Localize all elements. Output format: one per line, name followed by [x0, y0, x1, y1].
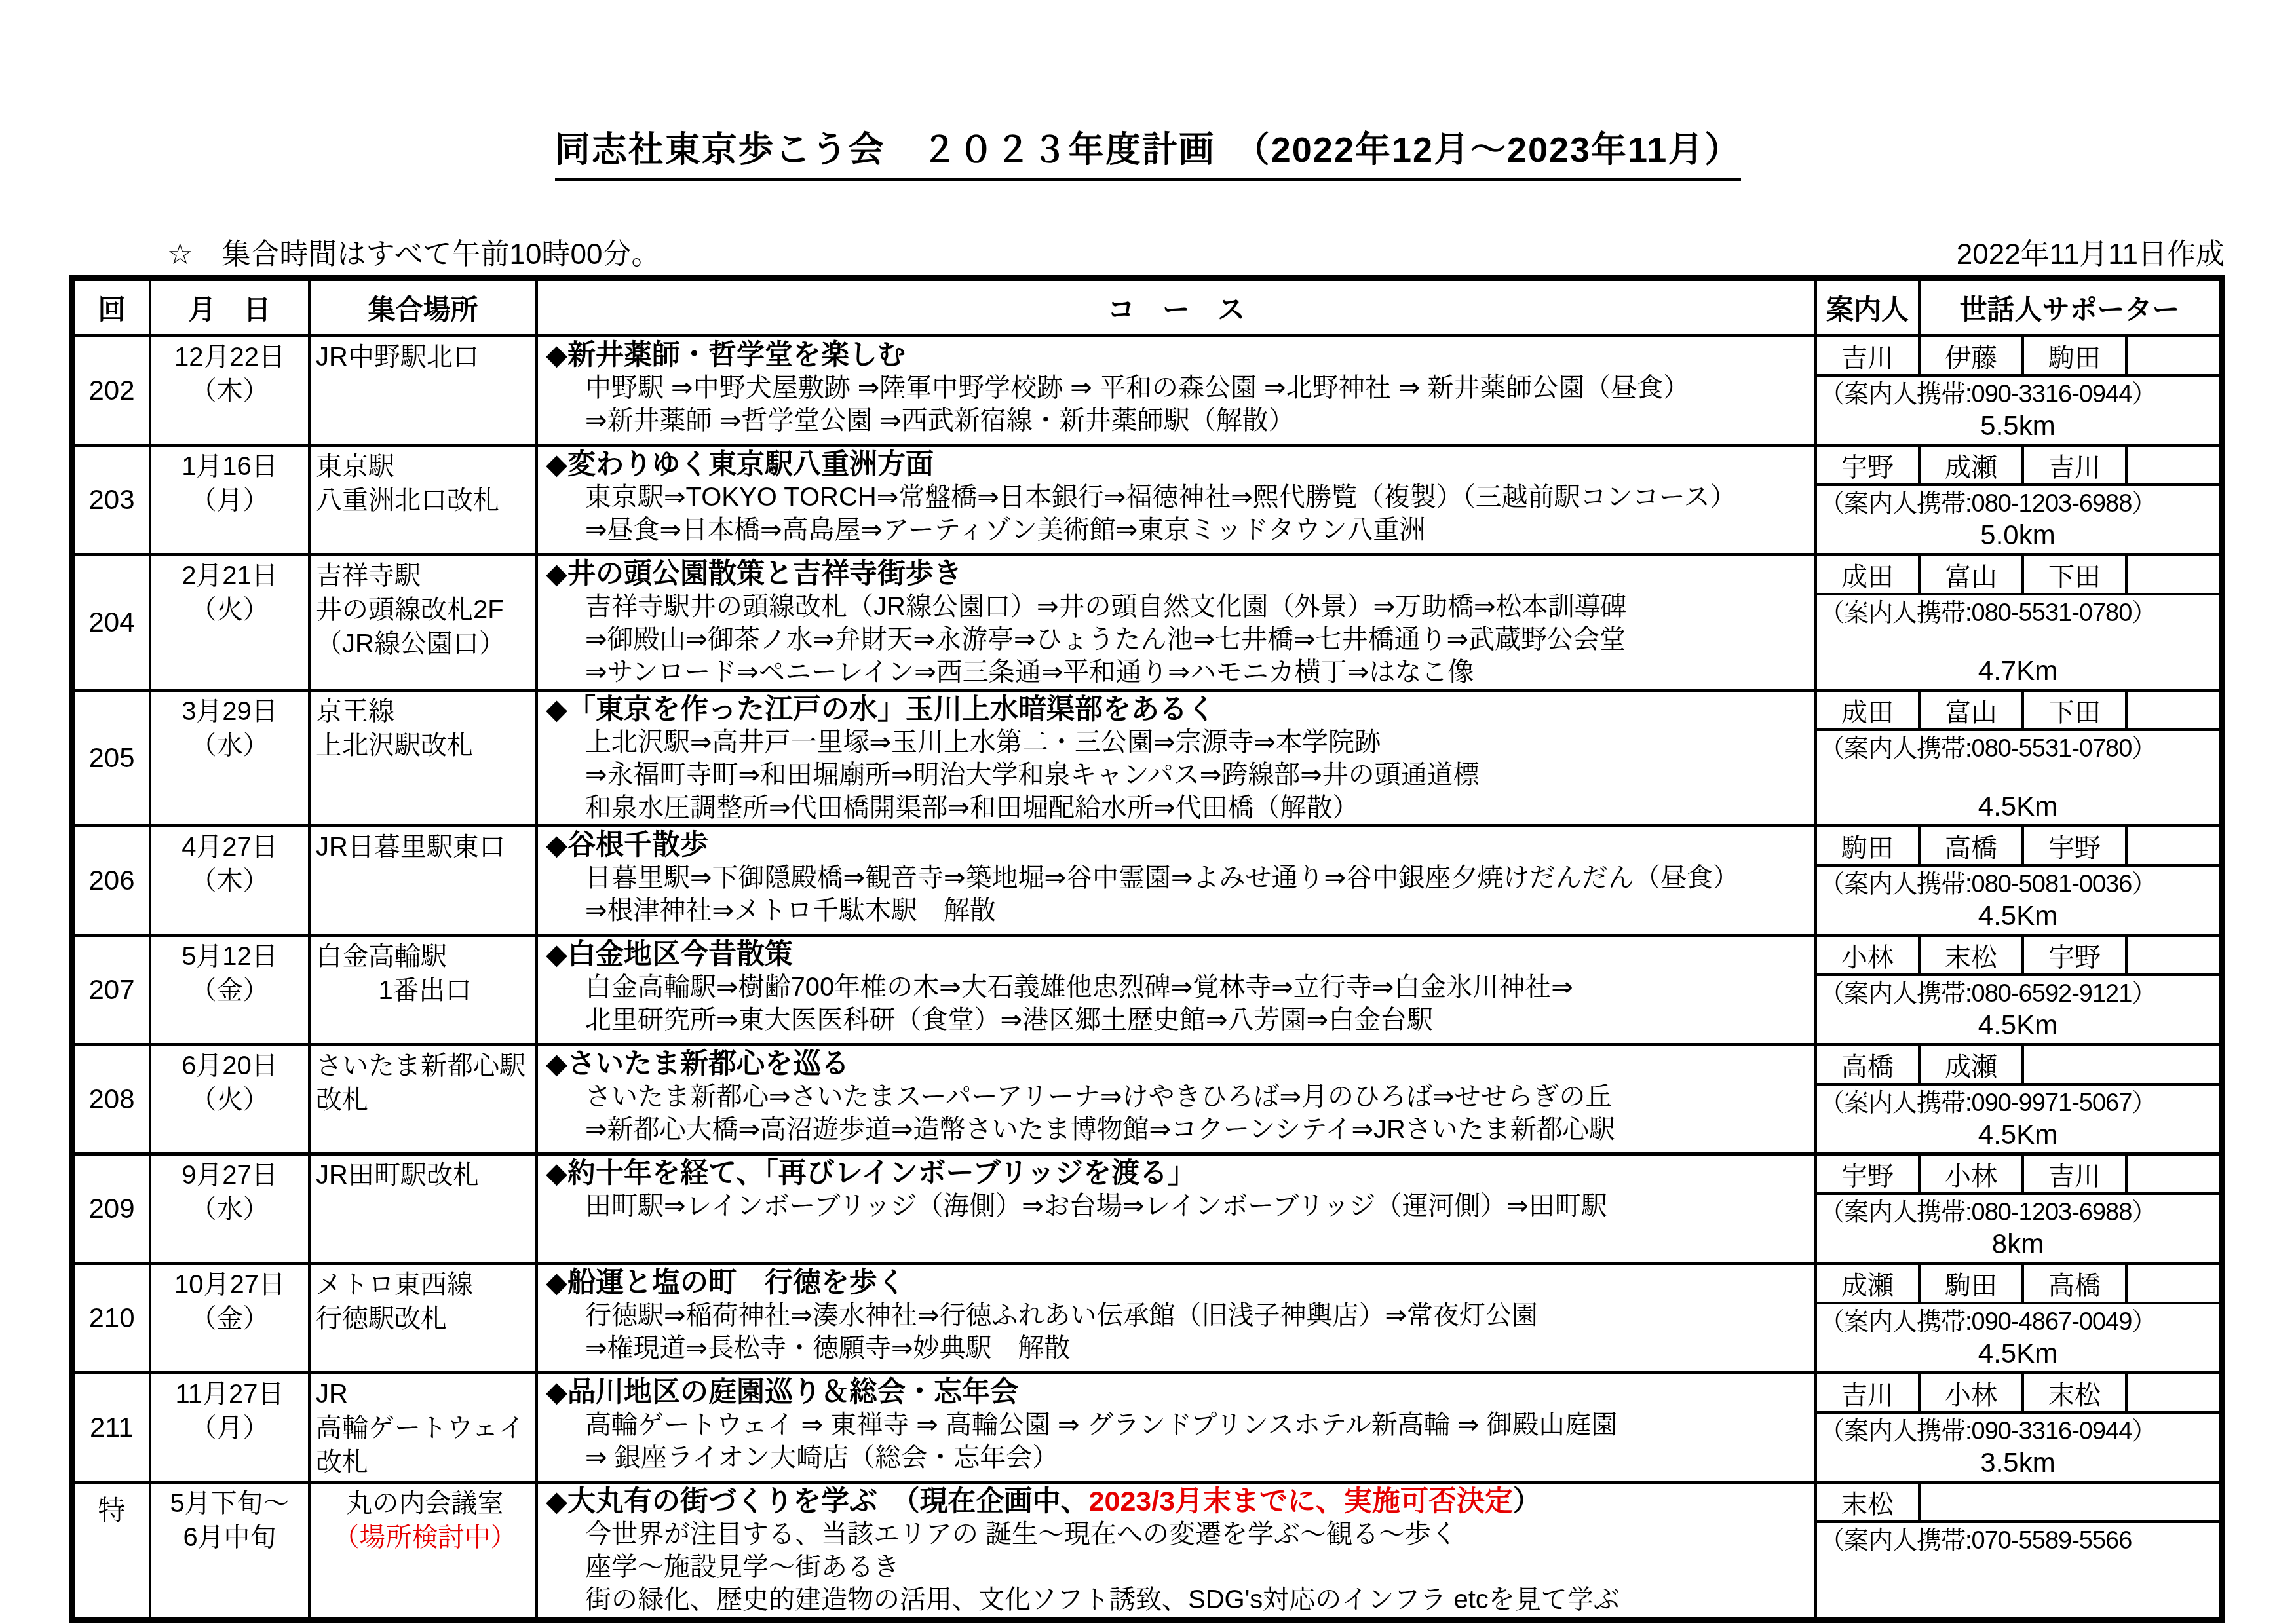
- course-step-line: 吉祥寺駅井の頭線改札（JR線公園口）⇒井の頭自然文化園（外景）⇒万助橋⇒松本訓導…: [546, 590, 1810, 623]
- course-title-segment: ◆井の頭公園散策と吉祥寺街歩き: [546, 558, 962, 590]
- staff-name-blank: [2128, 827, 2219, 864]
- date-line: （火）: [151, 593, 308, 627]
- round-label: 202: [88, 375, 134, 406]
- course-step-line: ⇒ 銀座ライオン大崎店（総会・忘年会）: [546, 1441, 1810, 1474]
- staff-names-row: 高橋成瀬: [1817, 1046, 2219, 1086]
- course-step-line: ⇒新都心大橋⇒高沼遊歩道⇒造幣さいたま博物館⇒コクーンシテイ⇒JRさいたま新都心…: [546, 1113, 1810, 1146]
- date-line: （火）: [151, 1083, 308, 1117]
- place-cell: さいたま新都心駅改札: [311, 1046, 538, 1152]
- course-step-line: ⇒権現道⇒長松寺・徳願寺⇒妙典駅 解散: [546, 1332, 1810, 1365]
- place-cell: 京王線上北沢駅改札: [311, 692, 538, 824]
- table-row: 21111月27日（月）JR高輪ゲートウェイ改札◆品川地区の庭園巡り＆総会・忘年…: [75, 1374, 2219, 1484]
- staff-name: 駒田: [2024, 337, 2128, 374]
- date-line: 6月20日: [151, 1049, 308, 1083]
- staff-name: 末松: [1921, 937, 2024, 973]
- course-step-line: 中野駅 ⇒中野犬屋敷跡 ⇒陸軍中野学校跡 ⇒ 平和の森公園 ⇒北野神社 ⇒ 新井…: [546, 371, 1810, 404]
- place-cell: 吉祥寺駅井の頭線改札2F（JR線公園口）: [311, 556, 538, 689]
- round-cell: 204: [75, 556, 151, 689]
- guide-phone: （案内人携帯:090-3316-0944）: [1817, 1414, 2219, 1448]
- table-body: 20212月22日（木）JR中野駅北口◆新井薬師・哲学堂を楽しむ中野駅 ⇒中野犬…: [75, 337, 2219, 1617]
- staff-cell: 成瀬駒田高橋（案内人携帯:090-4867-0049）4.5Km: [1817, 1265, 2219, 1371]
- date-line: （月）: [151, 483, 308, 518]
- staff-cell: 吉川小林末松（案内人携帯:090-3316-0944）3.5km: [1817, 1374, 2219, 1481]
- course-title-segment: ◆品川地区の庭園巡り＆総会・忘年会: [546, 1376, 1018, 1408]
- place-line: 井の頭線改札2F: [316, 593, 534, 627]
- guide-phone: （案内人携帯:090-9971-5067）: [1817, 1086, 2219, 1120]
- date-cell: 10月27日（金）: [151, 1265, 311, 1371]
- staff-name: 高橋: [2024, 1265, 2128, 1302]
- table-header-row: 回 月 日 集合場所 コ ー ス 案内人 世話人サポーター: [75, 281, 2219, 337]
- header-supporter: 世話人サポーター: [1921, 281, 2219, 334]
- course-title: ◆新井薬師・哲学堂を楽しむ: [546, 339, 1810, 371]
- date-line: （月）: [151, 1411, 308, 1445]
- staff-name: 宇野: [2024, 937, 2128, 973]
- date-cell: 12月22日（木）: [151, 337, 311, 444]
- round-cell: 207: [75, 937, 151, 1043]
- header-place: 集合場所: [311, 281, 538, 334]
- course-step-line: ⇒サンロード⇒ペニーレイン⇒西三条通⇒平和通り⇒ハモニカ横丁⇒はなこ像: [546, 656, 1810, 689]
- header-guide: 案内人: [1817, 281, 1921, 334]
- round-cell: 211: [75, 1374, 151, 1481]
- date-cell: 5月下旬～6月中旬: [151, 1484, 311, 1617]
- table-row: 2053月29日（水）京王線上北沢駅改札◆「東京を作った江戸の水」玉川上水暗渠部…: [75, 692, 2219, 827]
- staff-name: 高橋: [1817, 1046, 1921, 1083]
- course-cell: ◆大丸有の街づくりを学ぶ （現在企画中、2023/3月末までに、実施可否決定）今…: [538, 1484, 1817, 1617]
- staff-name: 宇野: [2024, 827, 2128, 864]
- staff-name: 吉川: [1817, 1374, 1921, 1411]
- place-line: 上北沢駅改札: [316, 728, 534, 763]
- schedule-table: 回 月 日 集合場所 コ ー ス 案内人 世話人サポーター 20212月22日（…: [69, 275, 2225, 1623]
- place-cell: JR中野駅北口: [311, 337, 538, 444]
- staff-cell: 宇野小林吉川（案内人携帯:080-1203-6988）8km: [1817, 1156, 2219, 1262]
- header-date: 月 日: [151, 281, 311, 334]
- round-cell: 210: [75, 1265, 151, 1371]
- place-line: 高輪ゲートウェイ: [316, 1411, 534, 1445]
- date-cell: 2月21日（火）: [151, 556, 311, 689]
- round-cell: 206: [75, 827, 151, 934]
- staff-name: 駒田: [1817, 827, 1921, 864]
- staff-name: 小林: [1921, 1374, 2024, 1411]
- place-line: 吉祥寺駅: [316, 559, 534, 593]
- course-title: ◆変わりゆく東京駅八重洲方面: [546, 448, 1810, 481]
- date-line: （木）: [151, 374, 308, 408]
- round-cell: 209: [75, 1156, 151, 1262]
- staff-name-blank: [2128, 1374, 2219, 1411]
- course-title-segment: ◆変わりゆく東京駅八重洲方面: [546, 449, 934, 480]
- staff-name: 成瀬: [1921, 1046, 2024, 1083]
- round-label: 204: [88, 607, 134, 638]
- round-label: 209: [88, 1193, 134, 1224]
- course-title: ◆船運と塩の町 行徳を歩く: [546, 1266, 1810, 1299]
- staff-name: 吉川: [1817, 337, 1921, 374]
- date-line: （金）: [151, 973, 308, 1008]
- staff-name: 駒田: [1921, 1265, 2024, 1302]
- place-line: 1番出口: [316, 973, 534, 1008]
- meta-row: ☆ 集合時間はすべて午前10時00分。 2022年11月11日作成: [69, 231, 2225, 273]
- date-line: （木）: [151, 864, 308, 898]
- staff-cell: 成田富山下田（案内人携帯:080-5531-0780）4.5Km: [1817, 692, 2219, 824]
- place-line: JR中野駅北口: [316, 340, 534, 374]
- staff-name-blank: [2128, 937, 2219, 973]
- place-line: JR: [316, 1377, 534, 1411]
- course-title-segment: ◆船運と塩の町 行徳を歩く: [546, 1267, 906, 1298]
- page-title: 同志社東京歩こう会 ２０２３年度計画 （2022年12月～2023年11月）: [0, 122, 2296, 181]
- staff-name: 伊藤: [1921, 337, 2024, 374]
- date-line: 2月21日: [151, 559, 308, 593]
- staff-names-row: 宇野小林吉川: [1817, 1156, 2219, 1195]
- walk-distance: 4.5Km: [1817, 1338, 2219, 1371]
- place-line: さいたま新都心駅: [316, 1049, 534, 1083]
- course-title: ◆さいたま新都心を巡る: [546, 1048, 1810, 1080]
- meeting-time-note: ☆ 集合時間はすべて午前10時00分。: [167, 231, 660, 273]
- course-cell: ◆「東京を作った江戸の水」玉川上水暗渠部をあるく上北沢駅⇒高井戸一里塚⇒玉川上水…: [538, 692, 1817, 824]
- course-step-line: 和泉水圧調整所⇒代田橋開渠部⇒和田堀配給水所⇒代田橋（解散）: [546, 791, 1810, 824]
- guide-phone: （案内人携帯:080-5531-0780）: [1817, 595, 2219, 630]
- date-line: 4月27日: [151, 830, 308, 864]
- staff-names-row: 成瀬駒田高橋: [1817, 1265, 2219, 1304]
- date-line: （水）: [151, 728, 308, 763]
- round-cell: 208: [75, 1046, 151, 1152]
- table-row: 特5月下旬～6月中旬丸の内会議室（場所検討中）◆大丸有の街づくりを学ぶ （現在企…: [75, 1484, 2219, 1617]
- date-line: （金）: [151, 1302, 308, 1336]
- walk-distance: 5.0km: [1817, 520, 2219, 553]
- round-label: 210: [88, 1302, 134, 1334]
- date-line: 10月27日: [151, 1268, 308, 1302]
- staff-cell: 吉川伊藤駒田（案内人携帯:090-3316-0944）5.5km: [1817, 337, 2219, 444]
- place-cell: 白金高輪駅1番出口: [311, 937, 538, 1043]
- header-round: 回: [75, 281, 151, 334]
- course-cell: ◆船運と塩の町 行徳を歩く行徳駅⇒稲荷神社⇒湊水神社⇒行徳ふれあい伝承館（旧浅子…: [538, 1265, 1817, 1371]
- table-row: 2086月20日（火）さいたま新都心駅改札◆さいたま新都心を巡るさいたま新都心⇒…: [75, 1046, 2219, 1156]
- course-step-line: 行徳駅⇒稲荷神社⇒湊水神社⇒行徳ふれあい伝承館（旧浅子神輿店）⇒常夜灯公園: [546, 1299, 1810, 1332]
- place-line: JR田町駅改札: [316, 1158, 534, 1192]
- staff-name-blank: [2128, 337, 2219, 374]
- place-cell: メトロ東西線行徳駅改札: [311, 1265, 538, 1371]
- course-cell: ◆品川地区の庭園巡り＆総会・忘年会高輪ゲートウェイ ⇒ 東禅寺 ⇒ 高輪公園 ⇒…: [538, 1374, 1817, 1481]
- course-title: ◆約十年を経て、「再びレインボーブリッジを渡る」: [546, 1157, 1810, 1190]
- course-title: ◆大丸有の街づくりを学ぶ （現在企画中、2023/3月末までに、実施可否決定）: [546, 1485, 1810, 1518]
- staff-name-blank: [2128, 1265, 2219, 1302]
- round-label: 211: [90, 1412, 134, 1443]
- round-cell: 特: [75, 1484, 151, 1617]
- staff-name: 下田: [2024, 692, 2128, 728]
- staff-name-blank: [1921, 1484, 2219, 1520]
- date-line: 6月中旬: [151, 1520, 308, 1555]
- staff-names-row: 成田富山下田: [1817, 556, 2219, 595]
- staff-names-row: 駒田高橋宇野: [1817, 827, 2219, 867]
- round-cell: 205: [75, 692, 151, 824]
- guide-phone: （案内人携帯:080-1203-6988）: [1817, 486, 2219, 520]
- table-row: 2099月27日（水）JR田町駅改札◆約十年を経て、「再びレインボーブリッジを渡…: [75, 1156, 2219, 1265]
- staff-cell: 高橋成瀬（案内人携帯:090-9971-5067）4.5Km: [1817, 1046, 2219, 1152]
- place-line: 八重洲北口改札: [316, 483, 534, 518]
- round-label: 207: [88, 974, 134, 1006]
- place-cell: JR日暮里駅東口: [311, 827, 538, 934]
- staff-name: 小林: [1921, 1156, 2024, 1192]
- course-step-line: 高輪ゲートウェイ ⇒ 東禅寺 ⇒ 高輪公園 ⇒ グランドプリンスホテル新高輪 ⇒…: [546, 1408, 1810, 1441]
- course-cell: ◆井の頭公園散策と吉祥寺街歩き吉祥寺駅井の頭線改札（JR線公園口）⇒井の頭自然文…: [538, 556, 1817, 689]
- staff-name: 成田: [1817, 692, 1921, 728]
- place-line: 改札: [316, 1083, 534, 1117]
- place-line: メトロ東西線: [316, 1268, 534, 1302]
- course-step-line: 田町駅⇒レインボーブリッジ（海側）⇒お台場⇒レインボーブリッジ（運河側）⇒田町駅: [546, 1190, 1810, 1222]
- course-title-segment: ◆白金地区今昔散策: [546, 939, 793, 970]
- course-step-line: 日暮里駅⇒下御隠殿橋⇒観音寺⇒築地堀⇒谷中霊園⇒よみせ通り⇒谷中銀座夕焼けだんだ…: [546, 861, 1810, 894]
- place-line: （場所検討中）: [316, 1520, 534, 1555]
- course-step-line: ⇒昼食⇒日本橋⇒高島屋⇒アーティゾン美術館⇒東京ミッドタウン八重洲: [546, 514, 1810, 546]
- course-step-line: ⇒根津神社⇒メトロ千駄木駅 解散: [546, 894, 1810, 927]
- course-title-segment: ◆さいたま新都心を巡る: [546, 1048, 849, 1080]
- course-cell: ◆谷根千散歩日暮里駅⇒下御隠殿橋⇒観音寺⇒築地堀⇒谷中霊園⇒よみせ通り⇒谷中銀座…: [538, 827, 1817, 934]
- staff-name: 末松: [1817, 1484, 1921, 1520]
- place-line: 改札: [316, 1445, 534, 1479]
- walk-distance: 5.5km: [1817, 411, 2219, 444]
- course-cell: ◆新井薬師・哲学堂を楽しむ中野駅 ⇒中野犬屋敷跡 ⇒陸軍中野学校跡 ⇒ 平和の森…: [538, 337, 1817, 444]
- staff-name: 小林: [1817, 937, 1921, 973]
- header-course: コ ー ス: [538, 281, 1817, 334]
- place-line: 行徳駅改札: [316, 1302, 534, 1336]
- place-cell: 東京駅八重洲北口改札: [311, 447, 538, 553]
- round-label: 特: [98, 1489, 125, 1528]
- guide-phone: （案内人携帯:080-5081-0036）: [1817, 867, 2219, 901]
- course-step-line: 街の緑化、歴史的建造物の活用、文化ソフト誘致、SDG's対応のインフラ etcを…: [546, 1583, 1810, 1616]
- date-line: 9月27日: [151, 1158, 308, 1192]
- date-line: 3月29日: [151, 694, 308, 728]
- round-cell: 203: [75, 447, 151, 553]
- walk-distance: [1817, 1557, 2219, 1617]
- staff-cell: 駒田高橋宇野（案内人携帯:080-5081-0036）4.5Km: [1817, 827, 2219, 934]
- course-title-segment: ◆新井薬師・哲学堂を楽しむ: [546, 339, 906, 371]
- table-row: 20212月22日（木）JR中野駅北口◆新井薬師・哲学堂を楽しむ中野駅 ⇒中野犬…: [75, 337, 2219, 447]
- table-row: 2042月21日（火）吉祥寺駅井の頭線改札2F（JR線公園口）◆井の頭公園散策と…: [75, 556, 2219, 692]
- staff-name: 高橋: [1921, 827, 2024, 864]
- course-title-segment: ）: [1513, 1486, 1541, 1517]
- course-title: ◆「東京を作った江戸の水」玉川上水暗渠部をあるく: [546, 693, 1810, 726]
- place-line: （JR線公園口）: [316, 627, 534, 661]
- guide-phone: （案内人携帯:090-4867-0049）: [1817, 1304, 2219, 1338]
- staff-names-row: 成田富山下田: [1817, 692, 2219, 731]
- course-step-line: 東京駅⇒TOKYO TORCH⇒常盤橋⇒日本銀行⇒福徳神社⇒熙代勝覧（複製）（三…: [546, 481, 1810, 514]
- staff-names-row: 小林末松宇野: [1817, 937, 2219, 976]
- date-line: 5月下旬～: [151, 1486, 308, 1520]
- course-step-line: ⇒新井薬師 ⇒哲学堂公園 ⇒西武新宿線・新井薬師駅（解散）: [546, 404, 1810, 437]
- course-step-line: さいたま新都心⇒さいたまスーパーアリーナ⇒けやきひろば⇒月のひろば⇒せせらぎの丘: [546, 1080, 1810, 1113]
- walk-distance: 4.5Km: [1817, 1010, 2219, 1043]
- date-line: 12月22日: [151, 340, 308, 374]
- created-date: 2022年11月11日作成: [1957, 231, 2225, 273]
- staff-cell: 末松（案内人携帯:070-5589-5566: [1817, 1484, 2219, 1617]
- date-cell: 9月27日（水）: [151, 1156, 311, 1262]
- place-line: 白金高輪駅: [316, 939, 534, 973]
- round-label: 205: [88, 742, 134, 774]
- walk-distance: 8km: [1817, 1229, 2219, 1262]
- course-title: ◆谷根千散歩: [546, 829, 1810, 861]
- table-row: 21010月27日（金）メトロ東西線行徳駅改札◆船運と塩の町 行徳を歩く行徳駅⇒…: [75, 1265, 2219, 1374]
- staff-name: 成田: [1817, 556, 1921, 593]
- staff-name-blank: [2128, 556, 2219, 593]
- course-step-line: 白金高輪駅⇒樹齢700年椎の木⇒大石義雄他忠烈碑⇒覚林寺⇒立行寺⇒白金氷川神社⇒: [546, 971, 1810, 1004]
- walk-distance: 4.5Km: [1817, 1120, 2219, 1152]
- guide-phone: （案内人携帯:080-6592-9121）: [1817, 976, 2219, 1010]
- table-row: 2031月16日（月）東京駅八重洲北口改札◆変わりゆく東京駅八重洲方面東京駅⇒T…: [75, 447, 2219, 556]
- walk-distance: 4.5Km: [1817, 765, 2219, 824]
- course-cell: ◆白金地区今昔散策白金高輪駅⇒樹齢700年椎の木⇒大石義雄他忠烈碑⇒覚林寺⇒立行…: [538, 937, 1817, 1043]
- round-label: 206: [88, 865, 134, 896]
- course-step-line: ⇒御殿山⇒御茶ノ水⇒弁財天⇒永游亭⇒ひょうたん池⇒七井橋⇒七井橋通り⇒武蔵野公会…: [546, 623, 1810, 656]
- course-title: ◆品川地区の庭園巡り＆総会・忘年会: [546, 1376, 1810, 1408]
- staff-name: 富山: [1921, 692, 2024, 728]
- staff-name-blank: [2024, 1046, 2219, 1083]
- staff-cell: 小林末松宇野（案内人携帯:080-6592-9121）4.5Km: [1817, 937, 2219, 1043]
- date-cell: 6月20日（火）: [151, 1046, 311, 1152]
- staff-names-row: 吉川小林末松: [1817, 1374, 2219, 1414]
- staff-name: 成瀬: [1817, 1265, 1921, 1302]
- table-row: 2075月12日（金）白金高輪駅1番出口◆白金地区今昔散策白金高輪駅⇒樹齢700…: [75, 937, 2219, 1046]
- place-line: 丸の内会議室: [316, 1486, 534, 1520]
- staff-name: 宇野: [1817, 447, 1921, 483]
- walk-distance: 4.5Km: [1817, 901, 2219, 934]
- place-cell: 丸の内会議室（場所検討中）: [311, 1484, 538, 1617]
- staff-cell: 成田富山下田（案内人携帯:080-5531-0780）4.7Km: [1817, 556, 2219, 689]
- staff-name: 吉川: [2024, 447, 2128, 483]
- course-title-segment: ◆大丸有の街づくりを学ぶ （現在企画中、: [546, 1486, 1089, 1517]
- guide-phone: （案内人携帯:070-5589-5566: [1817, 1523, 2219, 1557]
- course-cell: ◆さいたま新都心を巡るさいたま新都心⇒さいたまスーパーアリーナ⇒けやきひろば⇒月…: [538, 1046, 1817, 1152]
- place-cell: JR高輪ゲートウェイ改札: [311, 1374, 538, 1481]
- staff-name: 下田: [2024, 556, 2128, 593]
- course-title: ◆白金地区今昔散策: [546, 938, 1810, 971]
- date-cell: 5月12日（金）: [151, 937, 311, 1043]
- course-title-red-segment: 2023/3月末までに、実施可否決定: [1089, 1486, 1514, 1517]
- guide-phone: （案内人携帯:090-3316-0944）: [1817, 377, 2219, 411]
- round-cell: 202: [75, 337, 151, 444]
- staff-name-blank: [2128, 1156, 2219, 1192]
- place-line: 京王線: [316, 694, 534, 728]
- date-line: （水）: [151, 1192, 308, 1226]
- date-cell: 11月27日（月）: [151, 1374, 311, 1481]
- staff-name: 成瀬: [1921, 447, 2024, 483]
- staff-names-row: 吉川伊藤駒田: [1817, 337, 2219, 377]
- place-line: JR日暮里駅東口: [316, 830, 534, 864]
- course-step-line: 上北沢駅⇒高井戸一里塚⇒玉川上水第二・三公園⇒宗源寺⇒本学院跡: [546, 726, 1810, 759]
- staff-name-blank: [2128, 447, 2219, 483]
- guide-phone: （案内人携帯:080-5531-0780）: [1817, 731, 2219, 765]
- course-step-line: 北里研究所⇒東大医医科研（食堂）⇒港区郷土歴史館⇒八芳園⇒白金台駅: [546, 1004, 1810, 1036]
- walk-distance: 4.7Km: [1817, 630, 2219, 689]
- date-cell: 4月27日（木）: [151, 827, 311, 934]
- course-step-line: ⇒永福町寺町⇒和田堀廟所⇒明治大学和泉キャンパス⇒跨線部⇒井の頭通道標: [546, 759, 1810, 791]
- staff-cell: 宇野成瀬吉川（案内人携帯:080-1203-6988）5.0km: [1817, 447, 2219, 553]
- staff-name: 富山: [1921, 556, 2024, 593]
- walk-distance: 3.5km: [1817, 1448, 2219, 1481]
- guide-phone: （案内人携帯:080-1203-6988）: [1817, 1195, 2219, 1229]
- round-label: 208: [88, 1084, 134, 1115]
- staff-names-row: 宇野成瀬吉川: [1817, 447, 2219, 486]
- course-cell: ◆変わりゆく東京駅八重洲方面東京駅⇒TOKYO TORCH⇒常盤橋⇒日本銀行⇒福…: [538, 447, 1817, 553]
- course-step-line: 座学～施設見学～街あるき: [546, 1551, 1810, 1583]
- course-title-segment: ◆「東京を作った江戸の水」玉川上水暗渠部をあるく: [546, 694, 1215, 725]
- course-title-segment: ◆約十年を経て、「再びレインボーブリッジを渡る」: [546, 1158, 1196, 1189]
- page-title-text: 同志社東京歩こう会 ２０２３年度計画 （2022年12月～2023年11月）: [555, 122, 1741, 181]
- round-label: 203: [88, 484, 134, 516]
- document-page: 同志社東京歩こう会 ２０２３年度計画 （2022年12月～2023年11月） ☆…: [0, 0, 2296, 1624]
- staff-name: 吉川: [2024, 1156, 2128, 1192]
- date-line: 11月27日: [151, 1377, 308, 1411]
- course-cell: ◆約十年を経て、「再びレインボーブリッジを渡る」田町駅⇒レインボーブリッジ（海側…: [538, 1156, 1817, 1262]
- course-step-line: 今世界が注目する、当該エリアの 誕生～現在への変遷を学ぶ～観る～歩く: [546, 1518, 1810, 1551]
- place-cell: JR田町駅改札: [311, 1156, 538, 1262]
- date-line: 5月12日: [151, 939, 308, 973]
- staff-name: 宇野: [1817, 1156, 1921, 1192]
- course-title-segment: ◆谷根千散歩: [546, 829, 708, 861]
- staff-name: 末松: [2024, 1374, 2128, 1411]
- date-line: 1月16日: [151, 449, 308, 483]
- staff-names-row: 末松: [1817, 1484, 2219, 1523]
- date-cell: 1月16日（月）: [151, 447, 311, 553]
- staff-name-blank: [2128, 692, 2219, 728]
- course-title: ◆井の頭公園散策と吉祥寺街歩き: [546, 557, 1810, 590]
- date-cell: 3月29日（水）: [151, 692, 311, 824]
- place-line: 東京駅: [316, 449, 534, 483]
- table-row: 2064月27日（木）JR日暮里駅東口◆谷根千散歩日暮里駅⇒下御隠殿橋⇒観音寺⇒…: [75, 827, 2219, 937]
